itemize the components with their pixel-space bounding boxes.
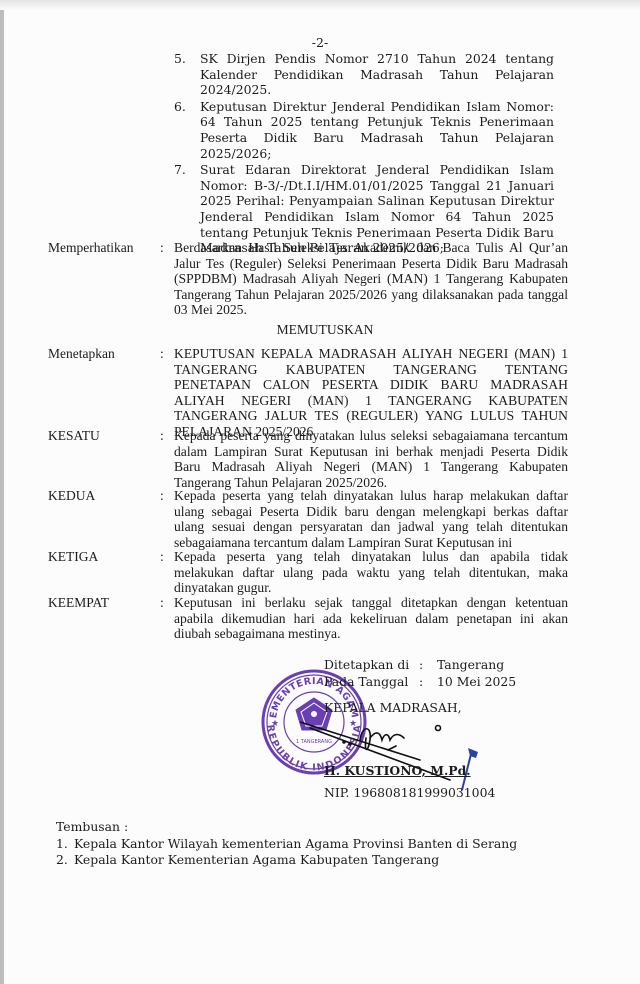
section-text: Kepada peserta yang dinyatakan lulus sel…: [174, 428, 568, 490]
place-row: Ditetapkan di : Tangerang: [324, 656, 516, 673]
section-label: KETIGA: [48, 549, 160, 596]
list-text: SK Dirjen Pendis Nomor 2710 Tahun 2024 t…: [200, 51, 554, 98]
colon: :: [160, 428, 174, 490]
section-text: Keputusan ini berlaku sejak tanggal dite…: [174, 595, 568, 642]
decision-keempat: KEEMPAT : Keputusan ini berlaku sejak ta…: [48, 595, 568, 642]
colon: :: [160, 346, 174, 439]
colon: :: [160, 240, 174, 318]
section-text: Kepada peserta yang telah dinyatakan lul…: [174, 549, 568, 596]
tembusan-label: Tembusan :: [56, 819, 517, 836]
signature-block: Ditetapkan di : Tangerang Pada Tanggal :…: [324, 656, 516, 716]
list-number: 2.: [56, 852, 74, 869]
decision-kedua: KEDUA : Kepada peserta yang telah dinyat…: [48, 488, 568, 550]
place-label: Ditetapkan di: [324, 656, 419, 673]
scan-edge: [0, 0, 4, 984]
place-value: Tangerang: [437, 656, 504, 673]
date-label: Pada Tanggal: [324, 673, 419, 690]
section-label: KEEMPAT: [48, 595, 160, 642]
tembusan-section: Tembusan : 1. Kepala Kantor Wilayah keme…: [56, 819, 517, 869]
decision-ketiga: KETIGA : Kepada peserta yang telah dinya…: [48, 549, 568, 596]
list-item: 6. Keputusan Direktur Jenderal Pendidika…: [174, 99, 554, 161]
list-number: 1.: [56, 836, 74, 853]
colon: :: [160, 549, 174, 596]
section-label: Memperhatikan: [48, 240, 160, 318]
memperhatikan-section: Memperhatikan : Berdasarkan Hasil Seleks…: [48, 240, 568, 318]
signatory-name: H. KUSTIONO, M.Pd.: [324, 762, 471, 779]
memutuskan-heading: MEMUTUSKAN: [0, 322, 640, 338]
document-page: -2- 5. SK Dirjen Pendis Nomor 2710 Tahun…: [0, 0, 640, 984]
decision-kesatu: KESATU : Kepada peserta yang dinyatakan …: [48, 428, 568, 490]
decision-menetapkan: Menetapkan : KEPUTUSAN KEPALA MADRASAH A…: [48, 346, 568, 439]
date-row: Pada Tanggal : 10 Mei 2025: [324, 673, 516, 690]
scan-shadow: [0, 0, 640, 10]
list-text: Kepala Kantor Kementerian Agama Kabupate…: [74, 852, 439, 869]
list-number: 5.: [174, 51, 200, 98]
section-text: Kepada peserta yang telah dinyatakan lul…: [174, 488, 568, 550]
considerations-list: 5. SK Dirjen Pendis Nomor 2710 Tahun 202…: [174, 51, 554, 257]
section-label: Menetapkan: [48, 346, 160, 439]
list-text: Keputusan Direktur Jenderal Pendidikan I…: [200, 99, 554, 161]
colon: :: [419, 656, 437, 673]
section-label: KEDUA: [48, 488, 160, 550]
list-item: 1. Kepala Kantor Wilayah kementerian Aga…: [56, 836, 517, 853]
section-text: Berdasarkan Hasil Seleksi Tes Akademik d…: [174, 240, 568, 318]
colon: :: [419, 673, 437, 690]
signatory-nip: NIP. 196808181999031004: [324, 784, 495, 801]
list-number: 6.: [174, 99, 200, 161]
list-text: Kepala Kantor Wilayah kementerian Agama …: [74, 836, 517, 853]
colon: :: [160, 595, 174, 642]
signatory-position: KEPALA MADRASAH,: [324, 699, 516, 716]
list-item: 5. SK Dirjen Pendis Nomor 2710 Tahun 202…: [174, 51, 554, 98]
date-value: 10 Mei 2025: [437, 673, 516, 690]
section-text: KEPUTUSAN KEPALA MADRASAH ALIYAH NEGERI …: [174, 346, 568, 439]
colon: :: [160, 488, 174, 550]
list-item: 2. Kepala Kantor Kementerian Agama Kabup…: [56, 852, 517, 869]
section-label: KESATU: [48, 428, 160, 490]
svg-text:★: ★: [271, 719, 279, 729]
page-number: -2-: [0, 35, 640, 50]
